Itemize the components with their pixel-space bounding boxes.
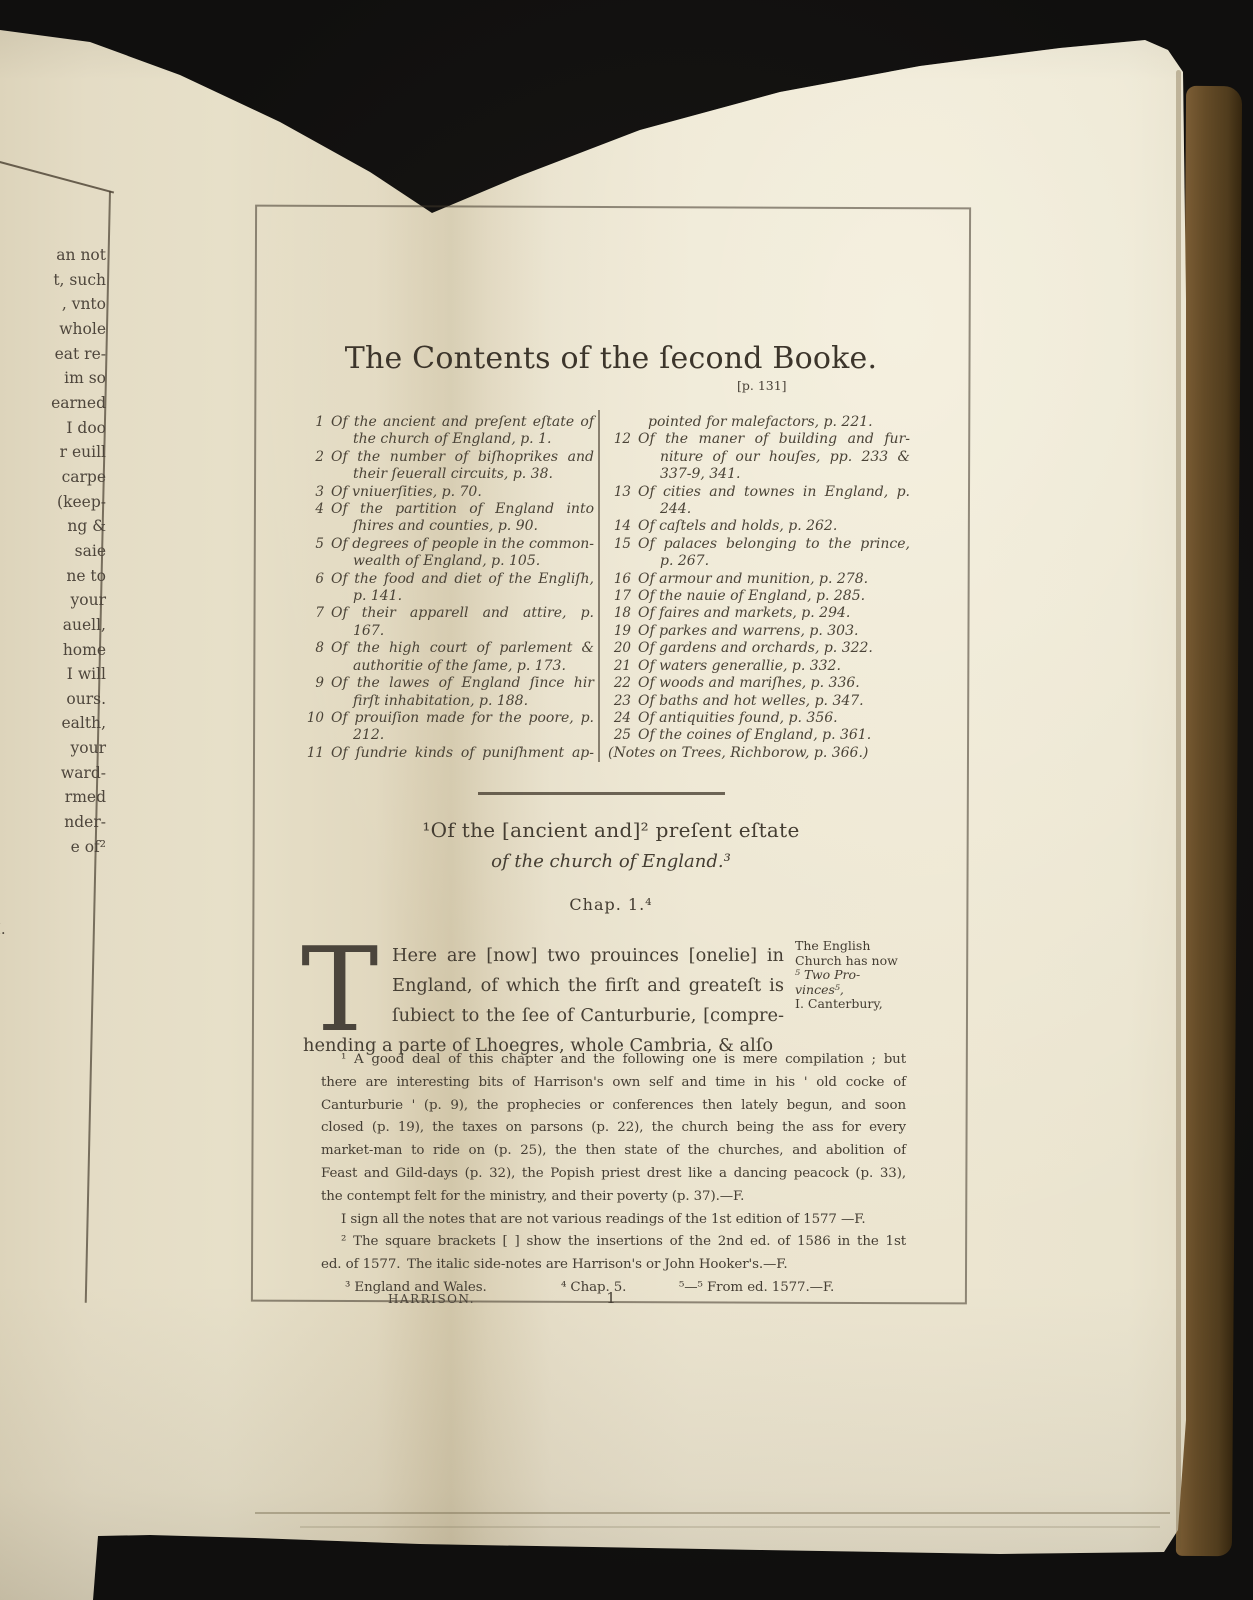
contents-line: Of degrees of people in the common- — [331, 536, 594, 553]
body-text-line: Here are [now] two prouinces [onelie] in — [392, 941, 784, 971]
contents-item: 24Of antiquities found, p. 356. — [605, 710, 910, 727]
contents-item-lines: Of the coines of England, p. 361. — [638, 727, 910, 744]
section-divider-rule — [478, 792, 725, 795]
contents-line: wealth of England, p. 105. — [331, 553, 594, 570]
contents-item-lines: Of waters generallie, p. 332. — [638, 658, 910, 675]
left-page-line: your — [0, 588, 106, 613]
contents-item-number: 10 — [298, 710, 331, 745]
contents-item: 10Of prouiſion made for the poore, p.212… — [298, 710, 594, 745]
contents-line: p. 141. — [331, 588, 594, 605]
body-text-line: England, of which the firſt and greateſt… — [392, 971, 784, 1001]
contents-item-lines: Of their apparell and attire, p.167. — [331, 605, 594, 640]
footnote-line: Feast and Gild-days (p. 32), the Popish … — [321, 1163, 906, 1186]
left-page-line: ward- — [0, 761, 106, 786]
contents-item: 5Of degrees of people in the common-weal… — [298, 536, 594, 571]
contents-item-lines: Of cities and townes in England, p.244. — [638, 484, 910, 519]
contents-item-number: 4 — [298, 501, 331, 536]
contents-item: 14Of caſtels and holds, p. 262. — [605, 518, 910, 535]
contents-item-number: 8 — [298, 640, 331, 675]
contents-line: Of the food and diet of the Engliſh, — [331, 571, 594, 588]
contents-item-number: 3 — [298, 484, 331, 501]
contents-item: 20Of gardens and orchards, p. 322. — [605, 640, 910, 657]
contents-item-number: 15 — [605, 536, 638, 571]
left-page-line: ours. — [0, 687, 106, 712]
contents-item-number: 22 — [605, 675, 638, 692]
left-page-line: r euill — [0, 440, 106, 465]
contents-line: p. 267. — [638, 553, 910, 570]
contents-column-left: 1Of the ancient and preſent eſtate ofthe… — [298, 414, 594, 762]
drop-cap-initial: T — [301, 946, 378, 1036]
contents-item: 21Of waters generallie, p. 332. — [605, 658, 910, 675]
contents-item-number: 24 — [605, 710, 638, 727]
side-note-line: ⁵ Two Pro- — [795, 968, 970, 983]
contents-line: 212. — [331, 727, 594, 744]
contents-item-lines: Of the high court of parlement &authorit… — [331, 640, 594, 675]
contents-item: 3Of vniuerſities, p. 70. — [298, 484, 594, 501]
contents-item-number: 21 — [605, 658, 638, 675]
contents-line: Of the high court of parlement & — [331, 640, 594, 657]
contents-item-lines: Of the maner of building and fur-niture … — [638, 431, 910, 483]
contents-line: Of parkes and warrens, p. 303. — [638, 623, 910, 640]
contents-item-number: 2 — [298, 449, 331, 484]
margin-side-note: The EnglishChurch has now⁵ Two Pro-vince… — [795, 939, 970, 1012]
contents-line: 244. — [638, 501, 910, 518]
contents-item-lines: (Notes on Trees, Richborow, p. 366.) — [638, 745, 910, 762]
contents-item: 18Of faires and markets, p. 294. — [605, 605, 910, 622]
left-page-line: saie — [0, 539, 106, 564]
contents-item-lines: Of vniuerſities, p. 70. — [331, 484, 594, 501]
contents-item: (Notes on Trees, Richborow, p. 366.) — [605, 745, 910, 762]
contents-item: 1Of the ancient and preſent eſtate ofthe… — [298, 414, 594, 449]
contents-item: 25Of the coines of England, p. 361. — [605, 727, 910, 744]
contents-line: Of cities and townes in England, p. — [638, 484, 910, 501]
contents-item-number: 20 — [605, 640, 638, 657]
contents-item: 16Of armour and munition, p. 278. — [605, 571, 910, 588]
contents-item-lines: Of the ancient and preſent eſtate ofthe … — [331, 414, 594, 449]
footnote-line: the contempt felt for the ministry, and … — [321, 1186, 906, 1209]
contents-item: 11Of ſundrie kinds of puniſhment ap- — [298, 745, 594, 762]
left-page-line: carpe — [0, 465, 106, 490]
contents-item-number: 17 — [605, 588, 638, 605]
contents-line: Of the number of biſhoprikes and — [331, 449, 594, 466]
left-page-line: ealth, — [0, 711, 106, 736]
page-edge-shadow — [1176, 70, 1181, 1550]
left-page-line: ne to — [0, 564, 106, 589]
contents-item-number: 14 — [605, 518, 638, 535]
footnote-line: there are interesting bits of Harrison's… — [321, 1072, 906, 1095]
contents-line: Of their apparell and attire, p. — [331, 605, 594, 622]
side-note-line: Church has now — [795, 954, 970, 969]
contents-title: The Contents of the ſecond Booke. — [253, 341, 969, 376]
contents-item: 2Of the number of biſhoprikes andtheir ſ… — [298, 449, 594, 484]
left-page-line: ng & — [0, 514, 106, 539]
contents-line: Of baths and hot welles, p. 347. — [638, 693, 910, 710]
contents-item-lines: Of armour and munition, p. 278. — [638, 571, 910, 588]
contents-line: niture of our houſes, pp. 233 & — [638, 449, 910, 466]
side-note-line: I. Canterbury, — [795, 997, 970, 1012]
contents-item-number: 16 — [605, 571, 638, 588]
contents-line: Of antiquities found, p. 356. — [638, 710, 910, 727]
left-page-line: earned — [0, 391, 106, 416]
body-text-line: ſubiect to the ſee of Canturburie, [comp… — [392, 1001, 784, 1031]
left-page-line: home — [0, 638, 106, 663]
contents-line: Of woods and mariſhes, p. 336. — [638, 675, 910, 692]
footnote-line: Canturburie ' (p. 9), the prophecies or … — [321, 1095, 906, 1118]
contents-item-number: 23 — [605, 693, 638, 710]
contents-item-number: 11 — [298, 745, 331, 762]
footnote-line: ed. of 1577. The italic side-notes are H… — [321, 1254, 906, 1277]
contents-line: Of ſundrie kinds of puniſhment ap- — [331, 745, 594, 762]
contents-line: Of the maner of building and fur- — [638, 431, 910, 448]
contents-line: (Notes on Trees, Richborow, p. 366.) — [608, 745, 910, 762]
contents-item-lines: Of the lawes of England ſince hirfirſt i… — [331, 675, 594, 710]
left-page-line: I will — [0, 662, 106, 687]
contents-item-lines: Of the number of biſhoprikes andtheir ſe… — [331, 449, 594, 484]
under-page-edge — [255, 1512, 1170, 1514]
contents-line: their ſeuerall circuits, p. 38. — [331, 466, 594, 483]
page-reference: [p. 131] — [737, 378, 787, 393]
left-page-line: t, such — [0, 268, 106, 293]
contents-item: 15Of palaces belonging to the prince,p. … — [605, 536, 910, 571]
left-page-line: im so — [0, 366, 106, 391]
contents-item-number: 5 — [298, 536, 331, 571]
contents-line: Of armour and munition, p. 278. — [638, 571, 910, 588]
contents-item: 22Of woods and mariſhes, p. 336. — [605, 675, 910, 692]
left-page-line: e of² — [0, 835, 106, 860]
contents-line: 337-9, 341. — [638, 466, 910, 483]
left-page-line: auell, — [0, 613, 106, 638]
contents-line: Of the lawes of England ſince hir — [331, 675, 594, 692]
side-note-line: The English — [795, 939, 970, 954]
contents-item-number: 7 — [298, 605, 331, 640]
footnote-line: I sign all the notes that are not variou… — [321, 1209, 906, 1232]
contents-line: firſt inhabitation, p. 188. — [331, 693, 594, 710]
chapter-heading-line1: ¹Of the [ancient and]² preſent eſtate — [253, 818, 969, 842]
contents-item-lines: pointed for malefactors, p. 221. — [638, 414, 910, 431]
contents-item-number: 6 — [298, 571, 331, 606]
contents-item: 17Of the nauie of England, p. 285. — [605, 588, 910, 605]
contents-line: 167. — [331, 623, 594, 640]
contents-line: Of the nauie of England, p. 285. — [638, 588, 910, 605]
contents-item-lines: Of degrees of people in the common-wealt… — [331, 536, 594, 571]
book-photograph: an nott, such, vntowholeeat re-im soearn… — [0, 0, 1253, 1600]
contents-line: Of vniuerſities, p. 70. — [331, 484, 594, 501]
contents-item: 7Of their apparell and attire, p.167. — [298, 605, 594, 640]
contents-line: Of waters generallie, p. 332. — [638, 658, 910, 675]
footnote-line: ² The square brackets [ ] show the inser… — [321, 1231, 906, 1254]
footnote-line: closed (p. 19), the taxes on parsons (p.… — [321, 1117, 906, 1140]
contents-item-lines: Of the partition of England intoſhires a… — [331, 501, 594, 536]
page-number: 1 — [253, 1289, 969, 1307]
left-page-line: your — [0, 736, 106, 761]
contents-line: the church of England, p. 1. — [331, 431, 594, 448]
contents-line: Of the coines of England, p. 361. — [638, 727, 910, 744]
left-page-line: nder- — [0, 810, 106, 835]
contents-column-right: pointed for malefactors, p. 221.12Of the… — [605, 414, 910, 762]
left-page-line: whole — [0, 317, 106, 342]
contents-line: pointed for malefactors, p. 221. — [638, 414, 910, 431]
contents-item: pointed for malefactors, p. 221. — [605, 414, 910, 431]
contents-item-lines: Of gardens and orchards, p. 322. — [638, 640, 910, 657]
contents-item-lines: Of palaces belonging to the prince,p. 26… — [638, 536, 910, 571]
contents-item: 13Of cities and townes in England, p.244… — [605, 484, 910, 519]
contents-item: 6Of the food and diet of the Engliſh,p. … — [298, 571, 594, 606]
contents-item-number: 12 — [605, 431, 638, 483]
contents-item-number: 1 — [298, 414, 331, 449]
contents-item-lines: Of antiquities found, p. 356. — [638, 710, 910, 727]
left-page-lower-fragment: I. — [0, 920, 6, 938]
contents-line: ſhires and counties, p. 90. — [331, 518, 594, 535]
contents-line: Of prouiſion made for the poore, p. — [331, 710, 594, 727]
chapter-heading-line2: of the church of England.³ — [253, 851, 969, 872]
contents-line: Of the ancient and preſent eſtate of — [331, 414, 594, 431]
contents-line: authoritie of the ſame, p. 173. — [331, 658, 594, 675]
contents-item-lines: Of the food and diet of the Engliſh,p. 1… — [331, 571, 594, 606]
contents-item-lines: Of caſtels and holds, p. 262. — [638, 518, 910, 535]
contents-item-lines: Of the nauie of England, p. 285. — [638, 588, 910, 605]
contents-line: Of palaces belonging to the prince, — [638, 536, 910, 553]
column-divider-rule — [598, 410, 600, 762]
contents-line: Of faires and markets, p. 294. — [638, 605, 910, 622]
contents-item-number: 25 — [605, 727, 638, 744]
contents-item: 12Of the maner of building and fur-nitur… — [605, 431, 910, 483]
left-page-line: , vnto — [0, 292, 106, 317]
contents-item-number: 9 — [298, 675, 331, 710]
chapter-number: Chap. 1.⁴ — [253, 895, 969, 914]
side-note-line: vinces⁵, — [795, 983, 970, 998]
contents-item-lines: Of faires and markets, p. 294. — [638, 605, 910, 622]
contents-item-lines: Of woods and mariſhes, p. 336. — [638, 675, 910, 692]
contents-item-number: 13 — [605, 484, 638, 519]
left-page-line: I doo — [0, 416, 106, 441]
contents-line: Of caſtels and holds, p. 262. — [638, 518, 910, 535]
contents-item-number — [605, 414, 638, 431]
left-page-line: rmed — [0, 785, 106, 810]
footnote-line: market-man to ride on (p. 25), the then … — [321, 1140, 906, 1163]
contents-item: 23Of baths and hot welles, p. 347. — [605, 693, 910, 710]
left-page-line: eat re- — [0, 342, 106, 367]
contents-item: 4Of the partition of England intoſhires … — [298, 501, 594, 536]
contents-item-number: 19 — [605, 623, 638, 640]
footnotes-block: ¹ A good deal of this chapter and the fo… — [321, 1049, 906, 1300]
left-page-text-fragments: an nott, such, vntowholeeat re-im soearn… — [0, 243, 106, 859]
contents-item: 9Of the lawes of England ſince hirfirſt … — [298, 675, 594, 710]
contents-item: 19Of parkes and warrens, p. 303. — [605, 623, 910, 640]
body-text: Here are [now] two prouinces [onelie] in… — [392, 941, 784, 1031]
contents-item-lines: Of prouiſion made for the poore, p.212. — [331, 710, 594, 745]
contents-item-number: 18 — [605, 605, 638, 622]
left-page-line: (keep- — [0, 490, 106, 515]
contents-line: Of the partition of England into — [331, 501, 594, 518]
contents-item: 8Of the high court of parlement &authori… — [298, 640, 594, 675]
contents-item-lines: Of ſundrie kinds of puniſhment ap- — [331, 745, 594, 762]
contents-line: Of gardens and orchards, p. 322. — [638, 640, 910, 657]
contents-item-lines: Of parkes and warrens, p. 303. — [638, 623, 910, 640]
contents-item-lines: Of baths and hot welles, p. 347. — [638, 693, 910, 710]
footnote-line: ¹ A good deal of this chapter and the fo… — [321, 1049, 906, 1072]
left-page-line: an not — [0, 243, 106, 268]
under-page-edge — [300, 1526, 1160, 1528]
